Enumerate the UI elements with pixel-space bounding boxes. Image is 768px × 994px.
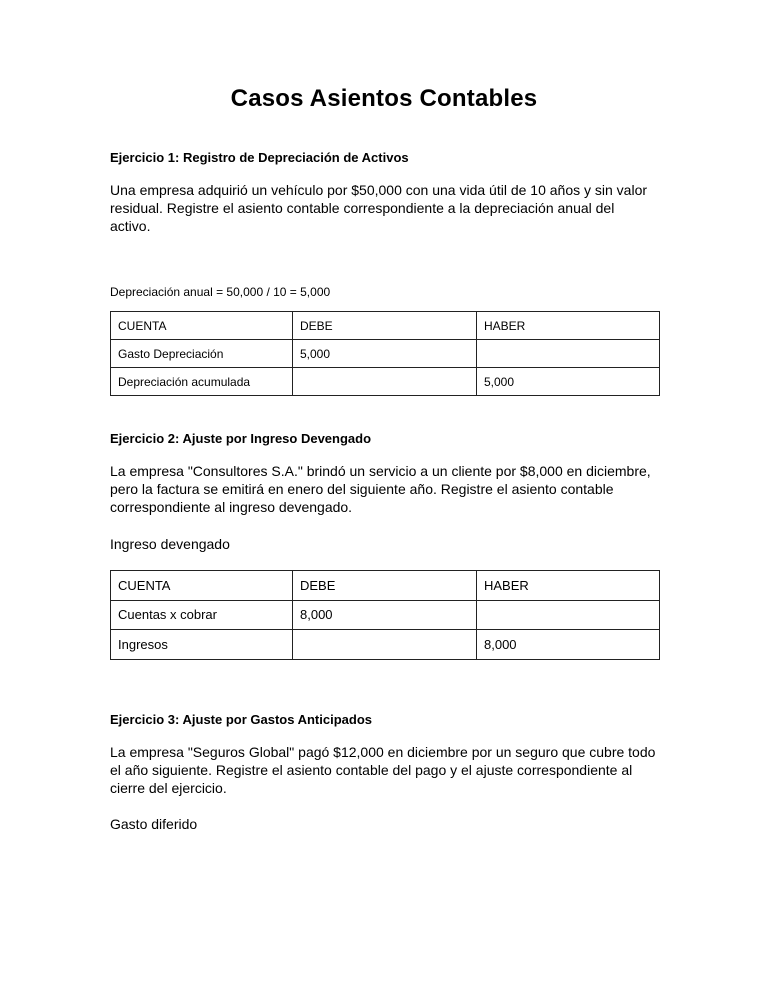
table-row: Gasto Depreciación 5,000 [111,340,660,368]
exercise-2-journal-table: CUENTA DEBE HABER Cuentas x cobrar 8,000… [110,570,660,660]
exercise-2-description-line: pero la factura se emitirá en enero del … [110,480,670,498]
exercise-3-description-line: La empresa "Seguros Global" pagó $12,000… [110,743,670,761]
exercise-2-heading: Ejercicio 2: Ajuste por Ingreso Devengad… [110,431,371,446]
exercise-3-description-line: el año siguiente. Registre el asiento co… [110,761,670,779]
cell-cuenta: Ingresos [111,630,293,660]
cell-debe: 5,000 [293,340,477,368]
document-page: Casos Asientos Contables Ejercicio 1: Re… [0,0,768,994]
exercise-3-heading: Ejercicio 3: Ajuste por Gastos Anticipad… [110,712,372,727]
table-header-row: CUENTA DEBE HABER [111,312,660,340]
table-header-row: CUENTA DEBE HABER [111,571,660,601]
cell-haber [477,340,660,368]
document-title: Casos Asientos Contables [0,85,768,113]
exercise-2-note: Ingreso devengado [110,535,670,553]
exercise-3-note: Gasto diferido [110,815,670,833]
exercise-3-description-line: cierre del ejercicio. [110,779,670,797]
exercise-1-journal-table: CUENTA DEBE HABER Gasto Depreciación 5,0… [110,311,660,396]
exercise-3-description: La empresa "Seguros Global" pagó $12,000… [110,743,670,797]
cell-cuenta: Gasto Depreciación [111,340,293,368]
cell-debe: 8,000 [293,600,477,630]
header-haber: HABER [477,571,660,601]
exercise-1-description-line: activo. [110,217,670,235]
exercise-1-description-line: residual. Registre el asiento contable c… [110,199,670,217]
exercise-1-description-line: Una empresa adquirió un vehículo por $50… [110,181,670,199]
cell-cuenta: Cuentas x cobrar [111,600,293,630]
exercise-2-description-line: correspondiente al ingreso devengado. [110,498,670,516]
cell-haber: 8,000 [477,630,660,660]
exercise-2-description-line: La empresa "Consultores S.A." brindó un … [110,462,670,480]
table-row: Cuentas x cobrar 8,000 [111,600,660,630]
cell-haber: 5,000 [477,368,660,396]
header-haber: HABER [477,312,660,340]
table-row: Depreciación acumulada 5,000 [111,368,660,396]
exercise-2-description: La empresa "Consultores S.A." brindó un … [110,462,670,516]
exercise-1-heading: Ejercicio 1: Registro de Depreciación de… [110,150,409,165]
exercise-1-description: Una empresa adquirió un vehículo por $50… [110,181,670,235]
cell-cuenta: Depreciación acumulada [111,368,293,396]
header-debe: DEBE [293,571,477,601]
cell-debe [293,630,477,660]
header-cuenta: CUENTA [111,312,293,340]
header-debe: DEBE [293,312,477,340]
cell-debe [293,368,477,396]
table-row: Ingresos 8,000 [111,630,660,660]
header-cuenta: CUENTA [111,571,293,601]
exercise-1-calculation-note: Depreciación anual = 50,000 / 10 = 5,000 [110,285,330,299]
cell-haber [477,600,660,630]
